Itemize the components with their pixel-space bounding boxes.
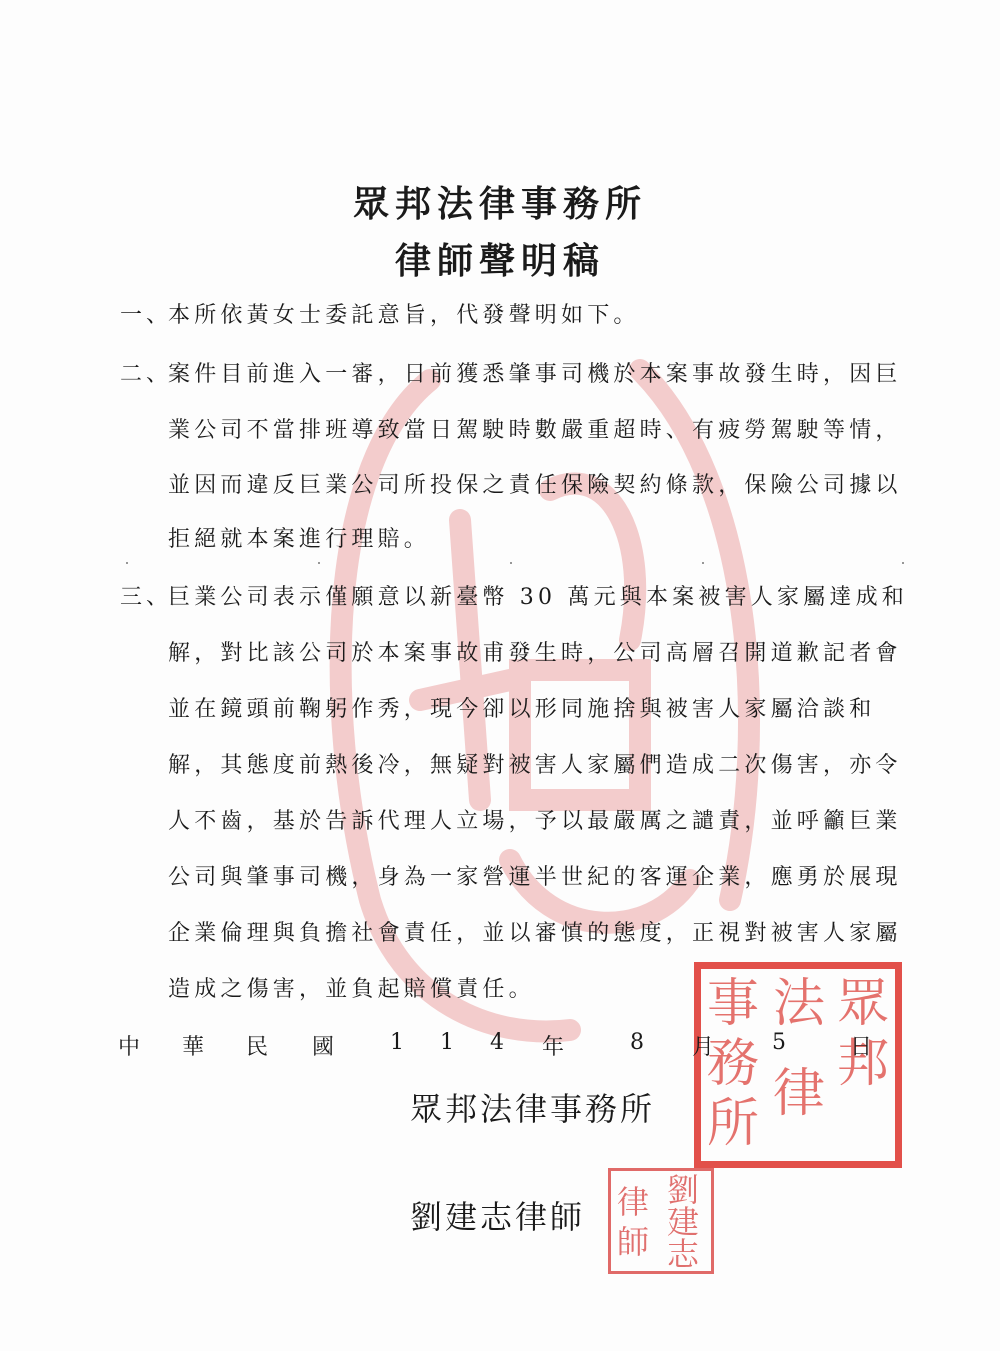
section-number: 三、 xyxy=(120,580,172,611)
section-line: 解，其態度前熱後冷，無疑對被害人家屬們造成二次傷害，亦令 xyxy=(168,748,902,779)
date-part: 8 xyxy=(630,1030,644,1055)
date-part: 國 xyxy=(312,1030,334,1061)
date-part: 4 xyxy=(490,1030,504,1055)
seal-char: 劉 xyxy=(667,1173,699,1207)
section-line: 案件目前進入一審，日前獲悉肇事司機於本案事故發生時，因巨 xyxy=(168,357,902,388)
date-part: 1 xyxy=(390,1030,404,1055)
section-line: 拒絕就本案進行理賠。 xyxy=(168,522,430,553)
section-line: 公司與肇事司機，身為一家營運半世紀的客運企業，應勇於展現 xyxy=(168,860,902,891)
date-part: 中 xyxy=(118,1030,140,1061)
section-line: 解，對比該公司於本案事故甫發生時，公司高層召開道歉記者會 xyxy=(168,636,902,667)
seal-char: 建 xyxy=(667,1205,699,1239)
section-line: 企業倫理與負擔社會責任，並以審慎的態度，正視對被害人家屬 xyxy=(168,916,902,947)
section-line: 本所依黃女士委託意旨，代發聲明如下。 xyxy=(168,298,640,329)
section-line: 造成之傷害，並負起賠償責任。 xyxy=(168,972,535,1003)
firm-title: 眾邦法律事務所 xyxy=(0,176,1000,227)
section-line: 巨業公司表示僅願意以新臺幣 30 萬元與本案被害人家屬達成和 xyxy=(168,580,908,611)
section-line: 人不齒，基於告訴代理人立場，予以最嚴厲之譴責，並呼籲巨業 xyxy=(168,804,902,835)
date-part: 1 xyxy=(440,1030,454,1055)
section-line: 業公司不當排班導致當日駕駛時數嚴重超時、有疲勞駕駛等情， xyxy=(168,413,902,444)
date-line: 中 華 民 國 1 1 4 年 8 月 5 日 xyxy=(118,1030,898,1060)
seal-char: 法 xyxy=(773,975,825,1033)
date-part: 民 xyxy=(246,1030,268,1061)
seal-char: 志 xyxy=(667,1237,699,1271)
seal-char: 眾 xyxy=(837,975,889,1033)
seal-char: 師 xyxy=(617,1225,649,1259)
date-part: 年 xyxy=(542,1030,564,1061)
date-part: 月 xyxy=(692,1030,714,1061)
dotted-separator xyxy=(126,562,906,566)
signature-lawyer-name: 劉建志律師 xyxy=(410,1192,585,1238)
seal-char: 律 xyxy=(773,1065,825,1123)
signature-firm-name: 眾邦法律事務所 xyxy=(410,1084,655,1130)
section-line: 並因而違反巨業公司所投保之責任保險契約條款，保險公司據以 xyxy=(168,468,902,499)
date-part: 5 xyxy=(772,1030,786,1055)
date-part: 日 xyxy=(850,1030,872,1061)
section-line: 並在鏡頭前鞠躬作秀，現今卻以形同施捨與被害人家屬洽談和 xyxy=(168,692,875,723)
seal-char: 律 xyxy=(617,1185,649,1219)
section-number: 一、 xyxy=(120,298,172,329)
firm-seal-stamp: 眾 邦 法 律 事 務 所 xyxy=(694,962,902,1168)
seal-char: 事 xyxy=(707,975,759,1033)
document-page: 眾邦法律事務所 律師聲明稿 一、 本所依黃女士委託意旨，代發聲明如下。 二、 案… xyxy=(0,0,1000,1351)
document-title: 律師聲明稿 xyxy=(0,233,1000,284)
seal-char: 所 xyxy=(707,1095,759,1153)
lawyer-seal-stamp: 劉 建 志 律 師 xyxy=(608,1168,714,1274)
date-part: 華 xyxy=(182,1030,204,1061)
section-number: 二、 xyxy=(120,357,172,388)
